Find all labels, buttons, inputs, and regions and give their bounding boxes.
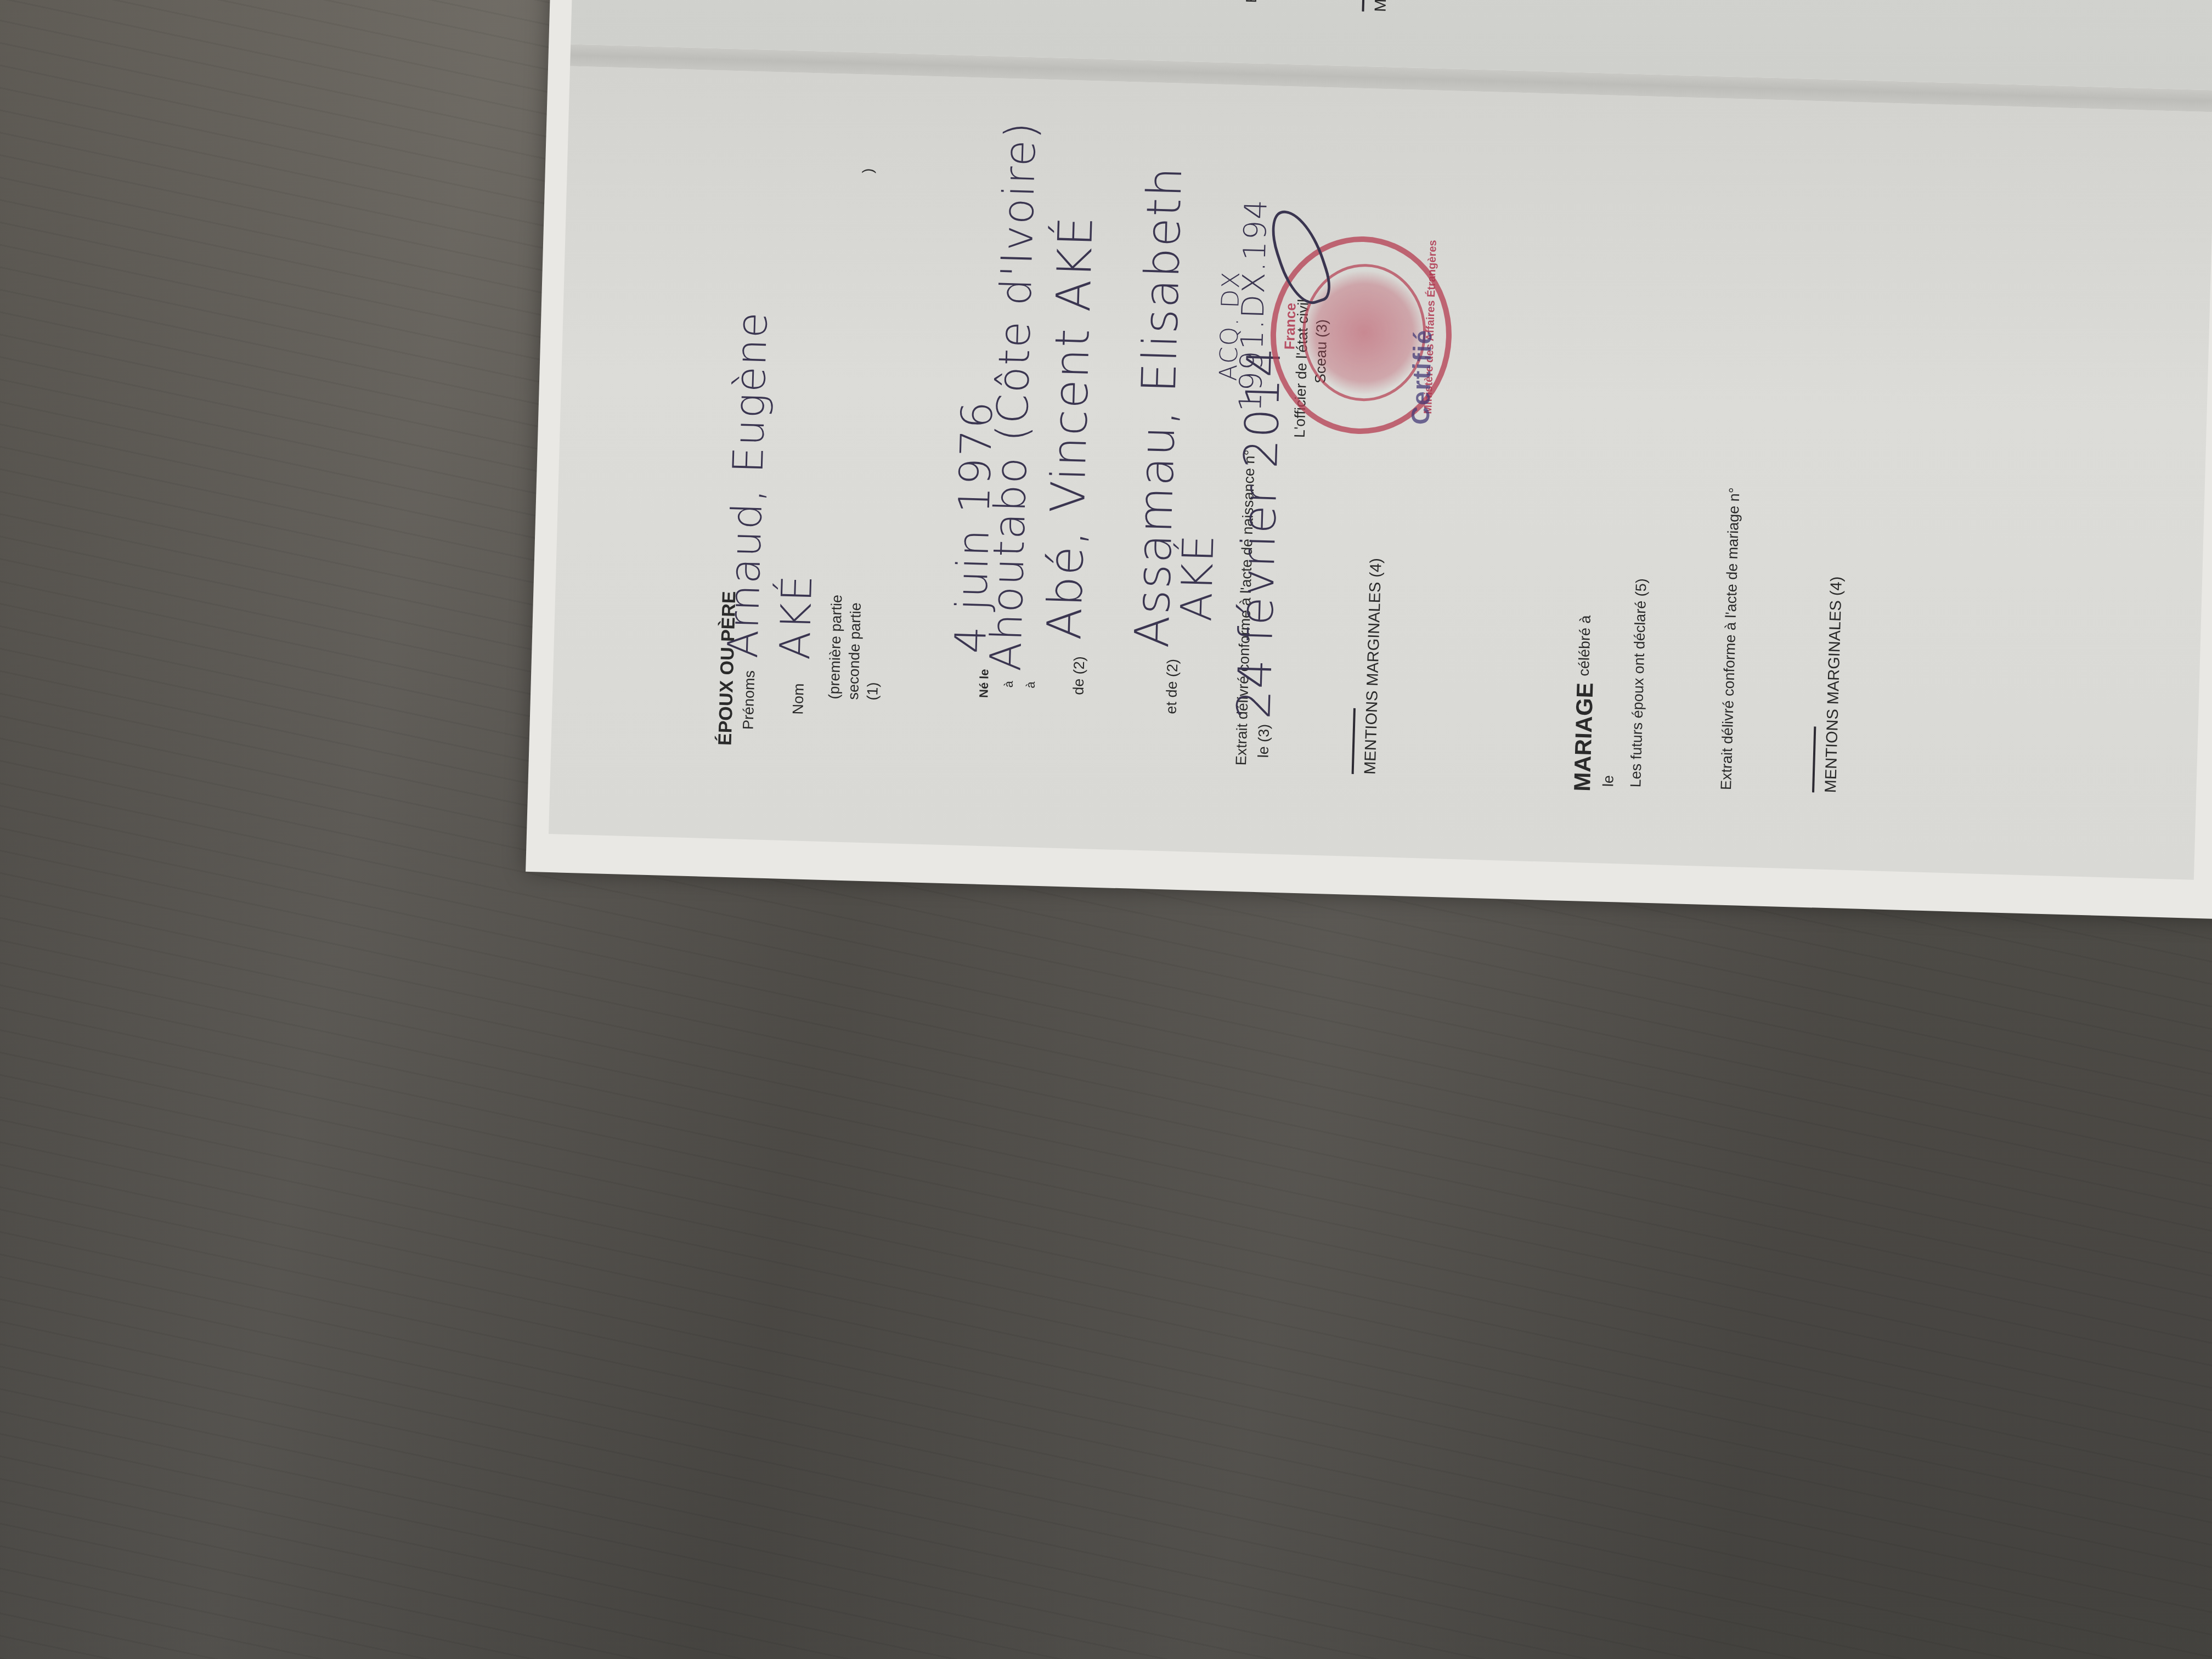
mother-label: et de (2) — [1164, 659, 1181, 714]
nom-label: Nom — [791, 683, 806, 715]
mother-value-line2: AKÉ — [1172, 533, 1223, 622]
a-label-1: à — [1003, 681, 1015, 688]
prenoms-value: Arnaud, Eugène — [718, 311, 777, 659]
ne-le-label: Né le — [978, 669, 990, 698]
epouse-mentions-rule — [1362, 0, 1365, 12]
extrait-date-value: 24 février 2014 — [1227, 346, 1291, 720]
nom-note-close: ) — [861, 168, 876, 173]
father-label: de (2) — [1071, 656, 1087, 695]
a-label-2: à — [1025, 681, 1037, 689]
nom-note-ref: (1) — [865, 682, 881, 701]
birthplace-value: Ahoutabo (Côte d'Ivoire) — [981, 121, 1046, 672]
mentions-marginales-label: MENTIONS MARGINALES (4) — [1363, 558, 1385, 775]
blue-stamp: Certifié — [1405, 329, 1437, 425]
mariage-mentions-rule — [1812, 726, 1816, 792]
mariage-heading: MARIAGE — [1571, 682, 1597, 792]
mentions-rule — [1352, 708, 1356, 774]
seal-ring-top: France — [1281, 303, 1299, 350]
left-page: ÉPOUX OU PÈRE Prénoms Arnaud, Eugène Nom… — [549, 66, 2212, 880]
mariage-celebre-label: célébré à — [1577, 615, 1593, 676]
mariage-sign-date-label: Le — [1757, 0, 1773, 1]
nom-note-seconde: seconde partie — [846, 602, 864, 700]
nom-note-premiere: (première partie — [827, 595, 844, 699]
epouse-extrait-label: Extrait délivré conforme à l'acte de nai… — [1244, 0, 1268, 3]
mariage-declaration-label: Les futurs époux ont déclaré (5) — [1628, 578, 1649, 788]
epouse-mentions-label: MENTIONS MARGINALES (4) — [1373, 0, 1395, 12]
extrait-date-label: le (3) — [1256, 724, 1272, 758]
mariage-date-label: le — [1601, 775, 1616, 787]
booklet-spread: ÉPOUX OU PÈRE Prénoms Arnaud, Eugène Nom… — [549, 0, 2212, 880]
prenoms-label: Prénoms — [741, 670, 757, 730]
mariage-extrait-label: Extrait délivré conforme à l'acte de mar… — [1719, 487, 1742, 790]
father-value: Abé, Vincent AKÉ — [1037, 215, 1104, 640]
mariage-mentions-label: MENTIONS MARGINALES (4) — [1823, 576, 1845, 793]
nom-value: AKÉ — [770, 573, 821, 660]
